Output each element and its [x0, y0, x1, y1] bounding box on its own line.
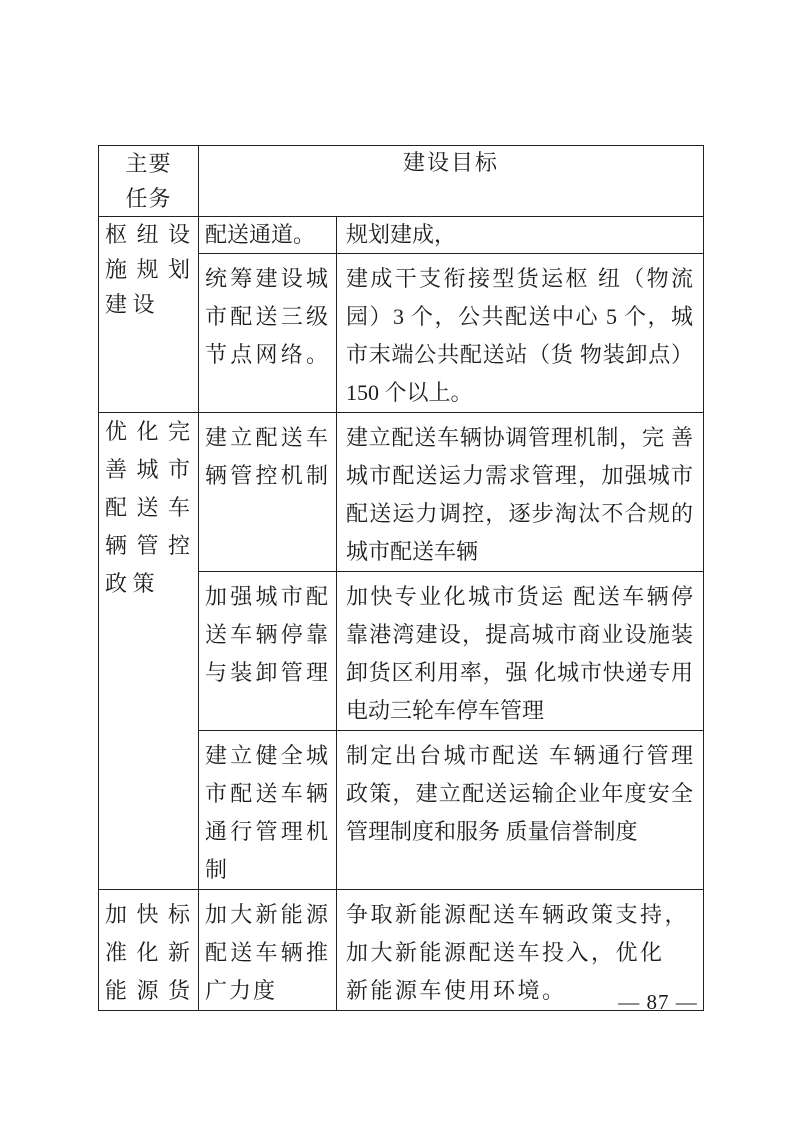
goal-line: 规划建成， — [346, 217, 693, 252]
goal-line: 争取新能源配送车辆政策支持， — [346, 896, 693, 934]
task-line: 准 化 新 — [105, 934, 190, 972]
goal-line: 园）3 个，公共配送中心 5 个，城 — [346, 298, 693, 336]
header-construction-goals-cell: 建设目标 — [199, 146, 704, 217]
goal-line: 城市配送运力需求管理，加强城市 — [346, 457, 693, 495]
task-line: 建 设 — [105, 287, 190, 322]
subtask-line: 通行管理机 — [205, 813, 328, 851]
goal-line: 政策，建立配送运输企业年度安全 — [346, 775, 693, 813]
subtask-line: 市配送车辆 — [205, 775, 328, 813]
subtask-line: 广力度 — [205, 972, 328, 1010]
subtask-cell-delivery-corridor: 配送通道。 — [199, 217, 337, 254]
subtask-line: 市配送三级 — [205, 298, 328, 336]
goal-cell-traffic-policy: 制定出台城市配送 车辆通行管理 政策，建立配送运输企业年度安全 管理制度和服务 … — [337, 731, 704, 890]
goal-line: 加大新能源配送车投入，优化 — [346, 934, 693, 972]
task-line: 政 策 — [105, 565, 190, 603]
goal-line: 管理制度和服务 质量信誉制度 — [346, 813, 693, 851]
goal-line: 150 个以上。 — [346, 374, 693, 412]
header-main-tasks-line: 任务 — [99, 181, 198, 216]
subtask-cell-new-energy-promotion: 加大新能源 配送车辆推 广力度 — [199, 890, 337, 1011]
task-line: 加 快 标 — [105, 896, 190, 934]
goal-line: 城市配送车辆 — [346, 533, 693, 571]
task-line: 配 送 车 — [105, 489, 190, 527]
task-cell-hub-facility-planning: 枢 纽 设 施 规 划 建 设 — [99, 217, 199, 413]
subtask-line: 统筹建设城 — [205, 260, 328, 298]
subtask-line: 配送通道。 — [205, 217, 328, 252]
goal-line: 配送运力调控，逐步淘汰不合规的 — [346, 495, 693, 533]
subtask-line: 节点网络。 — [205, 336, 328, 374]
subtask-line: 建立配送车 — [205, 419, 328, 457]
goal-line: 制定出台城市配送 车辆通行管理 — [346, 737, 693, 775]
subtask-line: 制 — [205, 851, 328, 889]
goal-line: 靠港湾建设，提高城市商业设施装 — [346, 616, 693, 654]
goal-cell-coordination-mechanism: 建立配送车辆协调管理机制，完 善 城市配送运力需求管理，加强城市 配送运力调控，… — [337, 413, 704, 572]
subtask-cell-traffic-management-mechanism: 建立健全城 市配送车辆 通行管理机 制 — [199, 731, 337, 890]
header-construction-goals-label: 建设目标 — [199, 146, 703, 177]
header-main-tasks-cell: 主要 任务 — [99, 146, 199, 217]
subtask-line: 加强城市配 — [205, 578, 328, 616]
goal-line: 建立配送车辆协调管理机制，完 善 — [346, 419, 693, 457]
goal-cell-plan-completed: 规划建成， — [337, 217, 704, 254]
subtask-cell-vehicle-control-mechanism: 建立配送车 辆管控机制 — [199, 413, 337, 572]
subtask-line: 辆管控机制 — [205, 457, 328, 495]
task-line: 施 规 划 — [105, 252, 190, 287]
task-cell-vehicle-control-policy: 优 化 完 善 城 市 配 送 车 辆 管 控 政 策 — [99, 413, 199, 890]
subtask-line: 建立健全城 — [205, 737, 328, 775]
subtask-line: 与装卸管理 — [205, 654, 328, 692]
goal-line: 电动三轮车停车管理 — [346, 692, 693, 730]
subtask-line: 配送车辆推 — [205, 934, 328, 972]
page-number: — 87 — — [608, 990, 708, 1015]
subtask-line: 送车辆停靠 — [205, 616, 328, 654]
subtask-cell-parking-loading-management: 加强城市配 送车辆停靠 与装卸管理 — [199, 572, 337, 731]
task-line: 辆 管 控 — [105, 527, 190, 565]
task-line: 优 化 完 — [105, 413, 190, 451]
goal-line: 建成干支衔接型货运枢 纽（物流 — [346, 260, 693, 298]
goal-line: 加快专业化城市货运 配送车辆停 — [346, 578, 693, 616]
task-line: 能 源 货 — [105, 972, 190, 1010]
construction-goals-table: 主要 任务 建设目标 枢 纽 设 施 规 划 建 设 配送通道。 — [98, 145, 704, 1011]
goal-cell-freight-hubs: 建成干支衔接型货运枢 纽（物流 园）3 个，公共配送中心 5 个，城 市末端公共… — [337, 254, 704, 413]
task-cell-new-energy-standardization: 加 快 标 准 化 新 能 源 货 — [99, 890, 199, 1011]
document-page: 主要 任务 建设目标 枢 纽 设 施 规 划 建 设 配送通道。 — [0, 0, 793, 1122]
task-line: 善 城 市 — [105, 451, 190, 489]
subtask-cell-three-level-network: 统筹建设城 市配送三级 节点网络。 — [199, 254, 337, 413]
goal-cell-parking-bays: 加快专业化城市货运 配送车辆停 靠港湾建设，提高城市商业设施装 卸货区利用率，强… — [337, 572, 704, 731]
goal-line: 卸货区利用率，强 化城市快递专用 — [346, 654, 693, 692]
subtask-line: 加大新能源 — [205, 896, 328, 934]
header-main-tasks-line: 主要 — [99, 146, 198, 181]
task-line: 枢 纽 设 — [105, 217, 190, 252]
goal-line: 市末端公共配送站（货 物装卸点） — [346, 336, 693, 374]
